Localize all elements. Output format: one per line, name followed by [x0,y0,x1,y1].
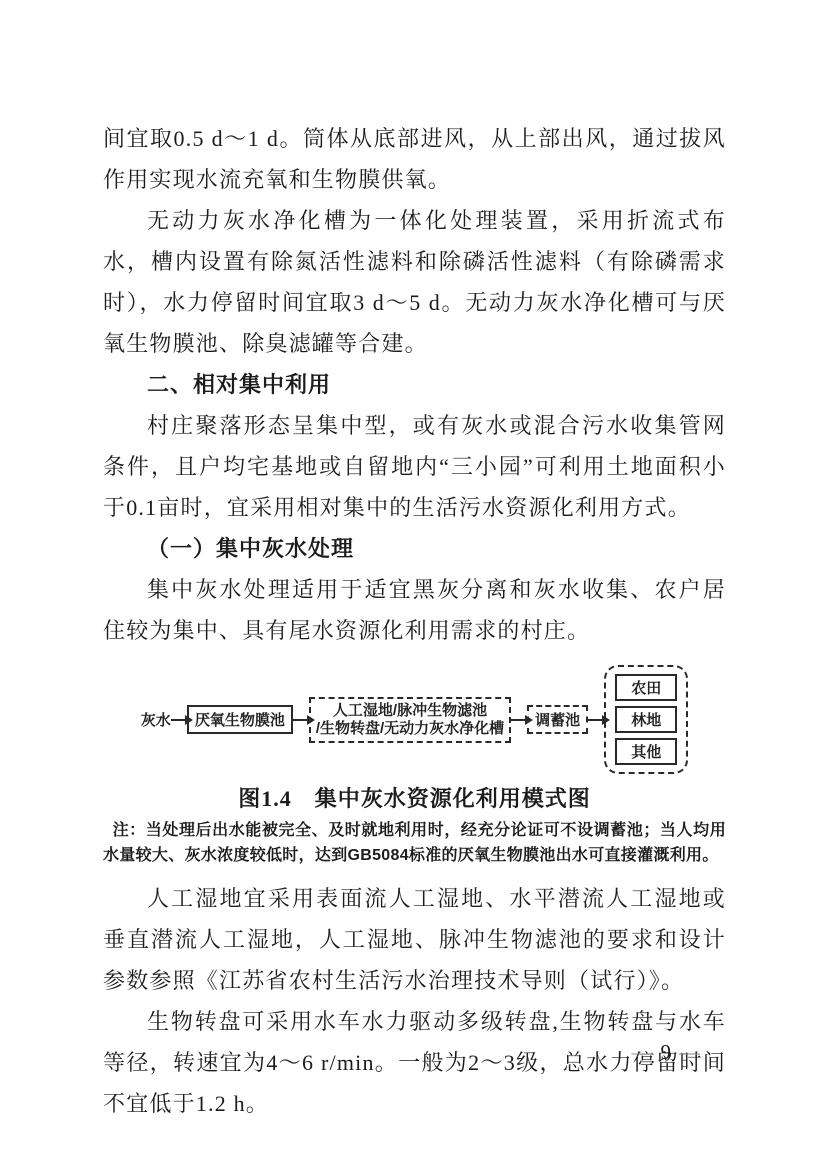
page-number-right-dash: — [679,1040,702,1064]
flow-output-group: 农田 林地 其他 [604,665,688,774]
flow-node-anaerobic-biofilm-tank: 厌氧生物膜池 [187,705,293,734]
paragraph-applicability: 集中灰水处理适用于适宜黑灰分离和灰水收集、农户居住较为集中、具有尾水资源化利用需… [103,569,726,651]
paragraph-greywater-tank: 无动力灰水净化槽为一体化处理装置，采用折流式布水，槽内设置有除氮活性滤料和除磷活… [103,200,726,364]
figure-caption: 图1.4 集中灰水资源化利用模式图 [103,782,726,813]
page-number: —9— [632,1040,703,1065]
flow-node-treatment-options: 人工湿地/脉冲生物滤池 /生物转盘/无动力灰水净化槽 [309,697,511,743]
figure-note: 注：当处理后出水能被完全、及时就地利用时，经充分论证可不设调蓄池；当人均用水量较… [103,818,726,868]
paragraph-continuation: 间宜取0.5 d～1 d。筒体从底部进风，从上部出风，通过拔风作用实现水流充氧和… [103,118,726,200]
flow-node-treatment-line1: 人工湿地/脉冲生物滤池 [316,702,504,720]
flow-output-forest: 林地 [615,706,677,733]
subsection-heading-centralized-greywater: （一）集中灰水处理 [103,528,726,569]
paragraph-village-form: 村庄聚落形态呈集中型，或有灰水或混合污水收集管网条件，且户均宅基地或自留地内“三… [103,405,726,528]
flow-source-label: 灰水 [141,709,171,730]
section-heading-relative-centralized: 二、相对集中利用 [103,364,726,405]
flow-arrow-icon [511,719,527,721]
flow-arrow-icon [171,719,187,721]
flowchart-figure: 灰水 厌氧生物膜池 人工湿地/脉冲生物滤池 /生物转盘/无动力灰水净化槽 调蓄池… [103,665,726,774]
flow-node-storage-tank: 调蓄池 [527,705,588,734]
page-number-left-dash: — [632,1040,655,1064]
flow-output-other: 其他 [615,738,677,765]
flow-node-treatment-line2: /生物转盘/无动力灰水净化槽 [316,720,504,738]
flow-arrow-icon [588,719,604,721]
flow-arrow-icon [293,719,309,721]
page-number-value: 9 [655,1040,680,1064]
document-page: 间宜取0.5 d～1 d。筒体从底部进风，从上部出风，通过拔风作用实现水流充氧和… [0,0,826,1169]
flow-output-farmland: 农田 [615,674,677,701]
page-content: 间宜取0.5 d～1 d。筒体从底部进风，从上部出风，通过拔风作用实现水流充氧和… [103,118,726,1124]
paragraph-constructed-wetland: 人工湿地宜采用表面流人工湿地、水平潜流人工湿地或垂直潜流人工湿地，人工湿地、脉冲… [103,878,726,1001]
